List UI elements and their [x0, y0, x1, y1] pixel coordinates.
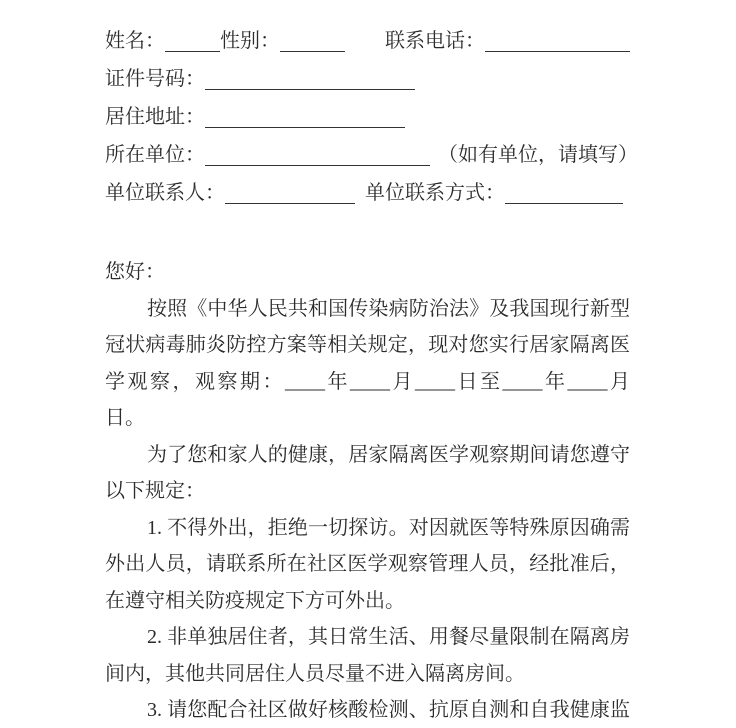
phone-blank-line	[485, 50, 630, 52]
body-line: 冠状病毒肺炎防控方案等相关规定，现对您实行居家隔离医	[105, 327, 630, 364]
gender-blank-line	[280, 50, 345, 52]
address-blank-line	[205, 126, 405, 128]
workplace-label: 所在单位：	[105, 136, 205, 174]
workplace-contact-method-label: 单位联系方式：	[365, 174, 505, 212]
body-line-rule-1: 1. 不得外出，拒绝一切探访。对因就医等特殊原因确需	[105, 510, 630, 547]
id-number-blank-line	[205, 88, 415, 90]
phone-label: 联系电话：	[385, 22, 485, 60]
workplace-contact-label: 单位联系人：	[105, 174, 225, 212]
body-line: 以下规定：	[105, 473, 630, 510]
form-row-address: 居住地址：	[105, 98, 630, 136]
document-page: 姓名：性别：联系电话： 证件号码： 居住地址： 所在单位：（如有单位，请填写） …	[105, 22, 630, 728]
form-row-workplace: 所在单位：（如有单位，请填写）	[105, 136, 630, 174]
body-line-rule-2: 2. 非单独居住者，其日常生活、用餐尽量限制在隔离房	[105, 619, 630, 656]
address-label: 居住地址：	[105, 98, 205, 136]
workplace-note: （如有单位，请填写）	[438, 136, 638, 174]
body-line: 日。	[105, 400, 630, 437]
name-blank-line	[165, 50, 220, 52]
gender-label: 性别：	[220, 22, 280, 60]
workplace-contact-blank-line	[225, 202, 355, 204]
header-form: 姓名：性别：联系电话： 证件号码： 居住地址： 所在单位：（如有单位，请填写） …	[105, 22, 630, 212]
body-line: 为了您和家人的健康，居家隔离医学观察期间请您遵守	[105, 437, 630, 474]
workplace-blank-line	[205, 164, 430, 166]
workplace-contact-method-blank-line	[505, 202, 623, 204]
form-row-id-number: 证件号码：	[105, 60, 630, 98]
body-line: 外出人员，请联系所在社区医学观察管理人员，经批准后，	[105, 546, 630, 583]
body-line: 按照《中华人民共和国传染病防治法》及我国现行新型	[105, 291, 630, 328]
name-label: 姓名：	[105, 22, 165, 60]
body-line: 在遵守相关防疫规定下方可外出。	[105, 583, 630, 620]
body-line-rule-3: 3. 请您配合社区做好核酸检测、抗原自测和自我健康监	[105, 692, 630, 728]
form-row-workplace-contact: 单位联系人：单位联系方式：	[105, 174, 630, 212]
letter-body: 您好： 按照《中华人民共和国传染病防治法》及我国现行新型 冠状病毒肺炎防控方案等…	[105, 254, 630, 728]
body-line-observation-period: 学观察，观察期：____年____月____日至____年____月	[105, 364, 630, 401]
body-line: 间内，其他共同居住人员尽量不进入隔离房间。	[105, 656, 630, 693]
salutation-line: 您好：	[105, 254, 630, 291]
form-row-identity: 姓名：性别：联系电话：	[105, 22, 630, 60]
id-number-label: 证件号码：	[105, 60, 205, 98]
